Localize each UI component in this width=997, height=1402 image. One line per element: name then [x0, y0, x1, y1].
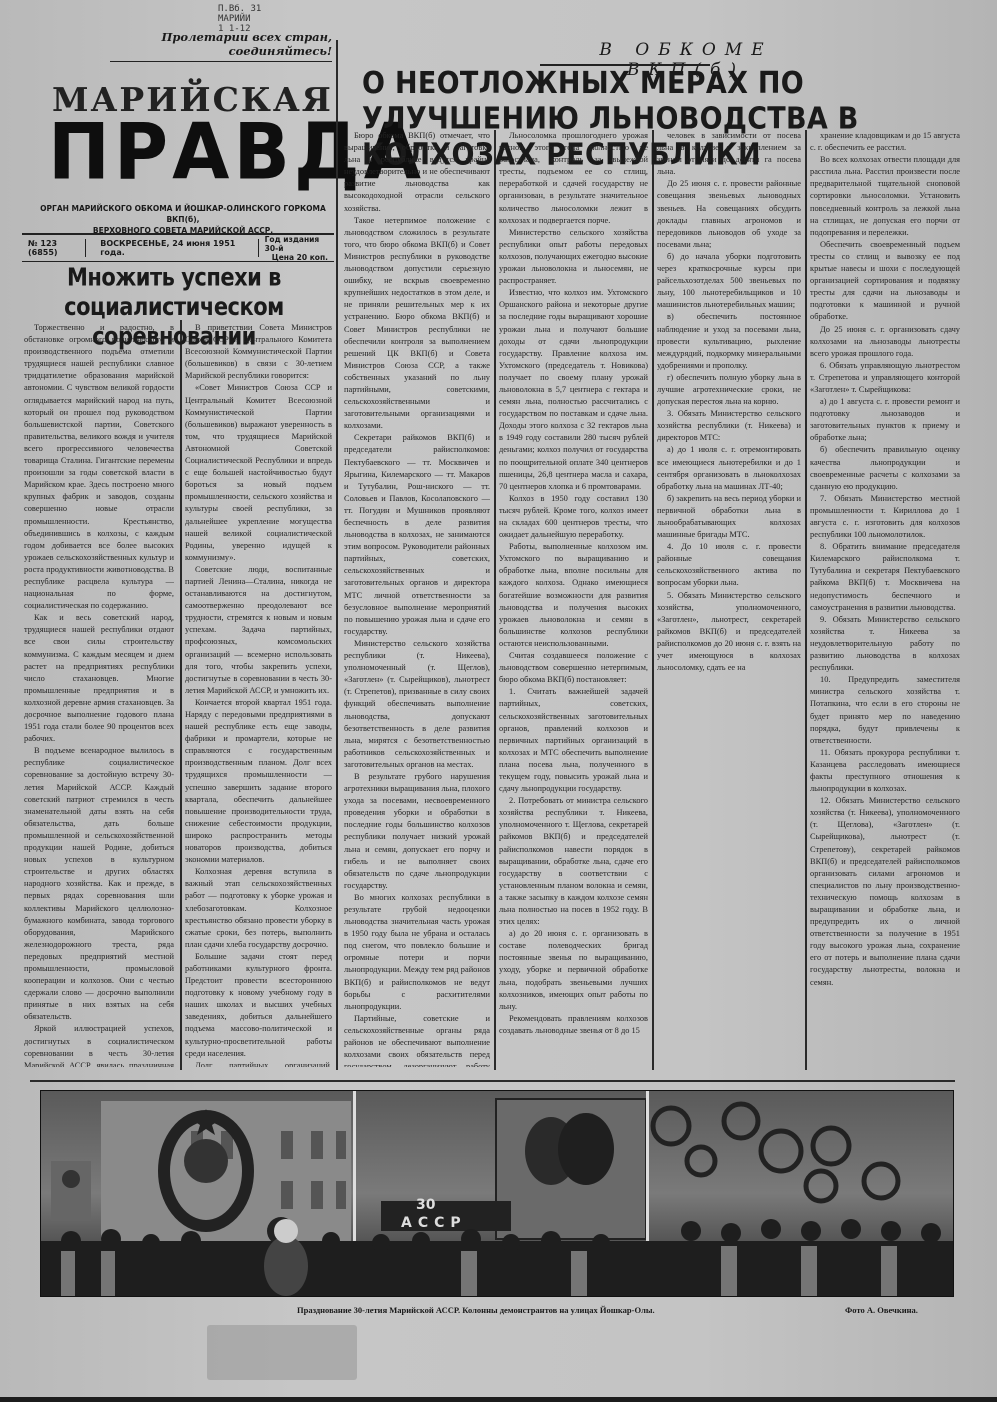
paragraph: б) закрепить на весь период уборки и пер… [657, 493, 801, 541]
issue-date: ВОСКРЕСЕНЬЕ, 24 июня 1951 года. [86, 239, 258, 257]
paragraph: 5. Обязать Министерство сельского хозяйс… [657, 590, 801, 675]
paragraph: Рекомендовать правлениям колхозов создав… [499, 1013, 648, 1037]
masthead-motto: Пролетарии всех стран, соединяйтесь! [110, 30, 332, 62]
paragraph: 2. Потребовать от министра сельского хоз… [499, 795, 648, 928]
demonstration-photo: 30 АССР [40, 1090, 954, 1297]
editorial-column-1: Торжественно и радостно, в обстановке ог… [24, 322, 174, 1067]
paragraph: Во всех колхозах отвести площади для рас… [810, 154, 960, 239]
issue-price: Цена 20 коп. [272, 253, 328, 262]
page-bottom-edge [0, 1397, 997, 1402]
paragraph: человек в зависимости от посева льна в к… [657, 130, 801, 178]
paragraph: б) обеспечить правильную оценку качества… [810, 444, 960, 492]
editorial-column-2: В приветствии Совета Министров Союза ССР… [185, 322, 332, 1067]
article-column-3: человек в зависимости от посева льна в к… [657, 130, 801, 1067]
paragraph: Яркой иллюстрацией успехов, достигнутых … [24, 1023, 174, 1067]
paragraph: хранение кладовщикам и до 15 августа с. … [810, 130, 960, 154]
paragraph: 12. Обязать Министерство сельского хозяй… [810, 795, 960, 989]
archive-stamp-line: П.Вб. 31 [218, 4, 261, 14]
paragraph: Секретари райкомов ВКП(б) и председатели… [344, 432, 490, 638]
paragraph: До 25 июня с. г. организовать сдачу колх… [810, 324, 960, 360]
svg-text:30: 30 [416, 1197, 436, 1213]
paragraph: 1. Считать важнейшей задачей партийных, … [499, 686, 648, 795]
masthead-infobar: № 123 (6855) ВОСКРЕСЕНЬЕ, 24 июня 1951 г… [22, 233, 334, 262]
paragraph: В подъеме всенародное вылилось в республ… [24, 745, 174, 1023]
photo-caption: Празднование 30-летия Марийской АССР. Ко… [297, 1305, 655, 1315]
issue-year: Год издания 30-й [265, 235, 328, 253]
paragraph: Советские люди, воспитанные партией Лени… [185, 564, 332, 697]
paragraph: В результате грубого нарушения агротехни… [344, 771, 490, 892]
paragraph: Льносоломка прошлогоднего урожая весной … [499, 130, 648, 227]
column-divider [652, 130, 654, 1070]
paragraph: 11. Обязать прокурора республики т. Каза… [810, 747, 960, 795]
paragraph: 9. Обязать Министерство сельского хозяйс… [810, 614, 960, 674]
paragraph: Как и весь советский народ, трудящиеся н… [24, 612, 174, 745]
paragraph: 6. Обязать управляющую льнотрестом т. Ст… [810, 360, 960, 396]
column-divider [336, 40, 338, 1070]
paragraph: Обеспечить своевременный подъем тресты с… [810, 239, 960, 324]
paragraph: Министерство сельского хозяйства республ… [499, 227, 648, 287]
paragraph: До 25 июня с. г. провести районные совещ… [657, 178, 801, 251]
library-stamp [207, 1325, 357, 1380]
paragraph: 10. Предупредить заместителя министра се… [810, 674, 960, 747]
photo-illustration-icon: 30 АССР [41, 1091, 953, 1296]
photo-credit: Фото А. Овечкина. [845, 1305, 918, 1315]
paragraph: в) обеспечить постоянное наблюдение и ух… [657, 311, 801, 371]
column-divider [805, 130, 807, 1070]
column-divider [180, 320, 182, 1070]
paragraph: 8. Обратить внимание председателя Килема… [810, 541, 960, 614]
paragraph: Большие задачи стоят перед работниками к… [185, 951, 332, 1060]
paragraph: 7. Обязать Министерство местной промышле… [810, 493, 960, 541]
paragraph: В приветствии Совета Министров Союза ССР… [185, 322, 332, 382]
paragraph: Долг партийных организаций, Советов возг… [185, 1060, 332, 1067]
section-rule [30, 1080, 955, 1082]
paragraph: Министерство сельского хозяйства республ… [344, 638, 490, 771]
paragraph: 4. До 10 июля с. г. провести районные со… [657, 541, 801, 589]
column-divider [494, 130, 496, 1070]
paragraph: Работы, выполненные колхозом им. Ухтомск… [499, 541, 648, 650]
paragraph: Партийные, советские и сельскохозяйствен… [344, 1013, 490, 1067]
paragraph: Торжественно и радостно, в обстановке ог… [24, 322, 174, 612]
article-column-2: Льносоломка прошлогоднего урожая весной … [499, 130, 648, 1067]
paragraph: г) обеспечить полную уборку льна в лучши… [657, 372, 801, 408]
paragraph: 3. Обязать Министерство сельского хозяйс… [657, 408, 801, 444]
paragraph: Колхозная деревня вступила в важный этап… [185, 866, 332, 951]
paragraph: Кончается второй квартал 1951 года. Наря… [185, 697, 332, 866]
svg-text:АССР: АССР [401, 1215, 467, 1231]
organ-line: ОРГАН МАРИЙСКОГО ОБКОМА И ЙОШКАР-ОЛИНСКО… [28, 203, 338, 225]
masthead-organ: ОРГАН МАРИЙСКОГО ОБКОМА И ЙОШКАР-ОЛИНСКО… [28, 203, 338, 236]
article-column-1: Бюро обкома ВКП(б) отмечает, что выращив… [344, 130, 490, 1067]
paragraph: Колхоз в 1950 году составил 130 тысяч ру… [499, 493, 648, 541]
paragraph: а) до 1 июля с. г. отремонтировать все и… [657, 444, 801, 492]
newspaper-page: П.Вб. 31 МАРИЙИ 1 1-12 Пролетарии всех с… [0, 0, 997, 1402]
paragraph: а) до 1 августа с. г. провести ремонт и … [810, 396, 960, 444]
issue-number: № 123 (6855) [22, 239, 86, 257]
paragraph: «Совет Министров Союза ССР и Центральный… [185, 382, 332, 563]
masthead-title-bottom: ПРАВДА [48, 110, 318, 194]
paragraph: Известно, что колхоз им. Ухтомского Орша… [499, 287, 648, 493]
issue-year-price: Год издания 30-й Цена 20 коп. [259, 239, 334, 257]
paragraph: б) до начала уборки подготовить через кр… [657, 251, 801, 311]
paragraph: а) до 20 июня с. г. организовать в соста… [499, 928, 648, 1013]
archive-stamp-line: МАРИЙИ [218, 14, 261, 24]
paragraph: Во многих колхозах республики в результа… [344, 892, 490, 1013]
paragraph: Такое нетерпимое положение с льноводство… [344, 215, 490, 433]
paragraph: Считая создавшееся положение с льноводст… [499, 650, 648, 686]
paragraph: Бюро обкома ВКП(б) отмечает, что выращив… [344, 130, 490, 215]
article-column-4: хранение кладовщикам и до 15 августа с. … [810, 130, 960, 1067]
